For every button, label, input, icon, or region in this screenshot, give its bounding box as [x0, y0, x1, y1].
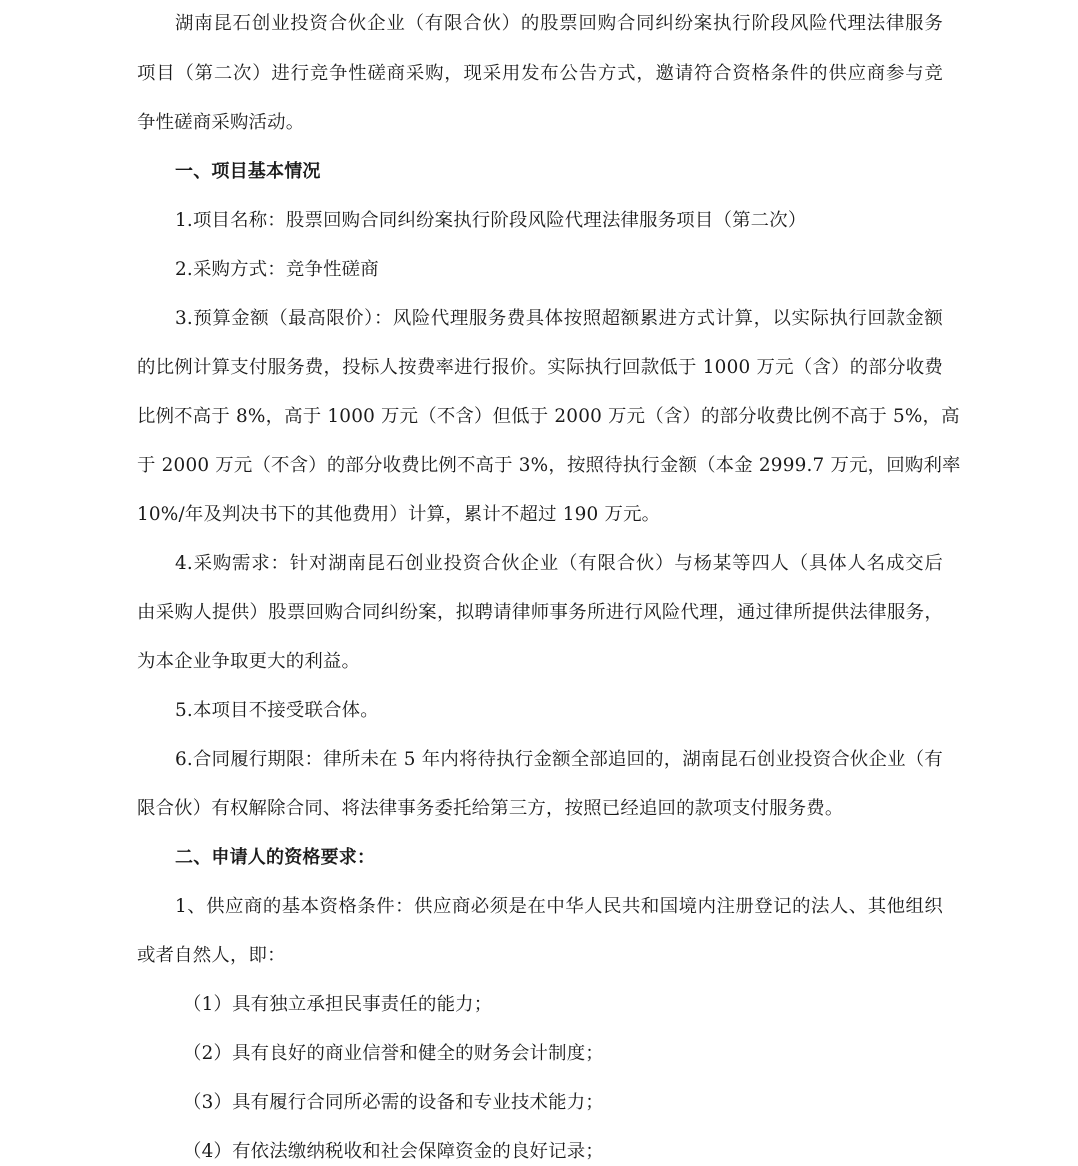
section-heading-basic-info: 一、项目基本情况: [175, 157, 943, 187]
item-budget-line-5: 10%/年及判决书下的其他费用）计算，累计不超过 190 万元。: [137, 500, 943, 530]
qualification-basic-line-1: 1、供应商的基本资格条件：供应商必须是在中华人民共和国境内注册登记的法人、其他组…: [175, 892, 943, 922]
item-procurement-method: 2.采购方式：竞争性磋商: [175, 255, 943, 285]
qualification-basic-line-2: 或者自然人，即：: [137, 941, 943, 971]
intro-line-1: 湖南昆石创业投资合伙企业（有限合伙）的股票回购合同纠纷案执行阶段风险代理法律服务: [175, 9, 943, 39]
condition-item-3: （3）具有履行合同所必需的设备和专业技术能力；: [183, 1088, 943, 1118]
item-budget-line-1: 3.预算金额（最高限价）：风险代理服务费具体按照超额累进方式计算，以实际执行回款…: [175, 304, 943, 334]
item-requirement-line-3: 为本企业争取更大的利益。: [137, 647, 943, 677]
item-requirement-line-2: 由采购人提供）股票回购合同纠纷案，拟聘请律师事务所进行风险代理，通过律所提供法律…: [137, 598, 943, 628]
intro-line-2: 项目（第二次）进行竞争性磋商采购，现采用发布公告方式，邀请符合资格条件的供应商参…: [137, 59, 943, 89]
item-budget-line-4: 于 2000 万元（不含）的部分收费比例不高于 3%，按照待执行金额（本金 29…: [137, 451, 943, 481]
item-project-name: 1.项目名称：股票回购合同纠纷案执行阶段风险代理法律服务项目（第二次）: [175, 206, 943, 236]
item-budget-line-3: 比例不高于 8%，高于 1000 万元（不含）但低于 2000 万元（含）的部分…: [137, 402, 943, 432]
condition-item-4: （4）有依法缴纳税收和社会保障资金的良好记录；: [183, 1137, 943, 1166]
document-page: 湖南昆石创业投资合伙企业（有限合伙）的股票回购合同纠纷案执行阶段风险代理法律服务…: [0, 0, 1078, 1166]
condition-item-1: （1）具有独立承担民事责任的能力；: [183, 990, 943, 1020]
section-heading-qualifications: 二、申请人的资格要求：: [175, 843, 943, 873]
item-contract-term-line-1: 6.合同履行期限：律所未在 5 年内将待执行金额全部追回的，湖南昆石创业投资合伙…: [175, 745, 943, 775]
item-requirement-line-1: 4.采购需求：针对湖南昆石创业投资合伙企业（有限合伙）与杨某等四人（具体人名成交…: [175, 549, 943, 579]
item-no-consortium: 5.本项目不接受联合体。: [175, 696, 943, 726]
item-contract-term-line-2: 限合伙）有权解除合同、将法律事务委托给第三方，按照已经追回的款项支付服务费。: [137, 794, 943, 824]
condition-item-2: （2）具有良好的商业信誉和健全的财务会计制度；: [183, 1039, 943, 1069]
intro-line-3: 争性磋商采购活动。: [137, 108, 943, 138]
item-budget-line-2: 的比例计算支付服务费，投标人按费率进行报价。实际执行回款低于 1000 万元（含…: [137, 353, 943, 383]
